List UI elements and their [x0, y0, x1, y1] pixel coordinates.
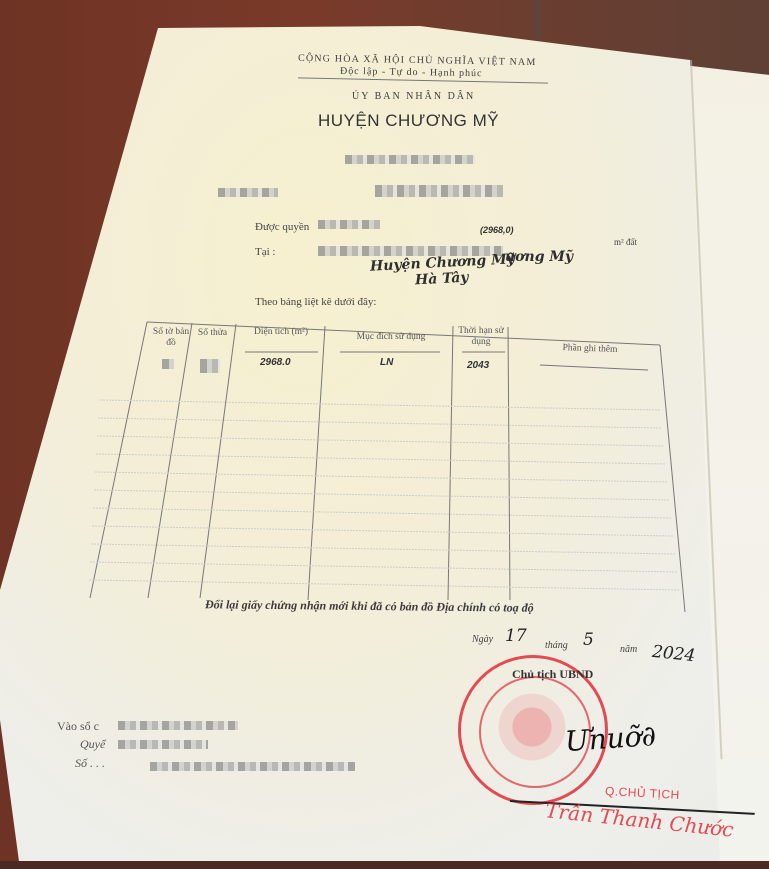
cell-area: 2968.0	[260, 357, 291, 368]
col-term: Thời hạn sử dụng	[457, 326, 505, 348]
registry-entered-label: Vào sổ c	[57, 719, 99, 734]
col-map-sheet: Số tờ bản đồ	[150, 327, 192, 349]
registry-number-label: Số . . .	[75, 756, 105, 771]
date-month-label: tháng	[545, 640, 568, 651]
date-day: 17	[505, 626, 527, 646]
national-emblem-icon	[493, 688, 571, 766]
date-day-label: Ngày	[472, 634, 493, 645]
col-area: Diện tích (m²)	[250, 327, 312, 338]
col-parcel: Số thửa	[195, 328, 230, 339]
certificate-photo: CỘNG HÒA XÃ HỘI CHỦ NGHĨA VIỆT NAM Độc l…	[0, 0, 769, 869]
date-year-label: năm	[620, 644, 637, 655]
handwritten-signature: Ưnuỡ∂	[564, 719, 657, 758]
redacted-registry-book	[118, 721, 238, 730]
registry-book-label: Quyể	[80, 737, 105, 752]
floor-edge	[0, 861, 769, 869]
redacted-registry-number	[150, 762, 355, 771]
redacted-parcel	[200, 359, 220, 373]
redacted-map-sheet	[162, 359, 174, 369]
cell-purpose: LN	[380, 357, 393, 368]
signatory-title: Chủ tịch UBND	[512, 667, 593, 682]
col-purpose: Mục đích sử dụng	[336, 332, 446, 343]
cell-term: 2043	[467, 360, 489, 371]
redacted-registry-volume	[118, 740, 208, 749]
date-month: 5	[583, 630, 594, 650]
